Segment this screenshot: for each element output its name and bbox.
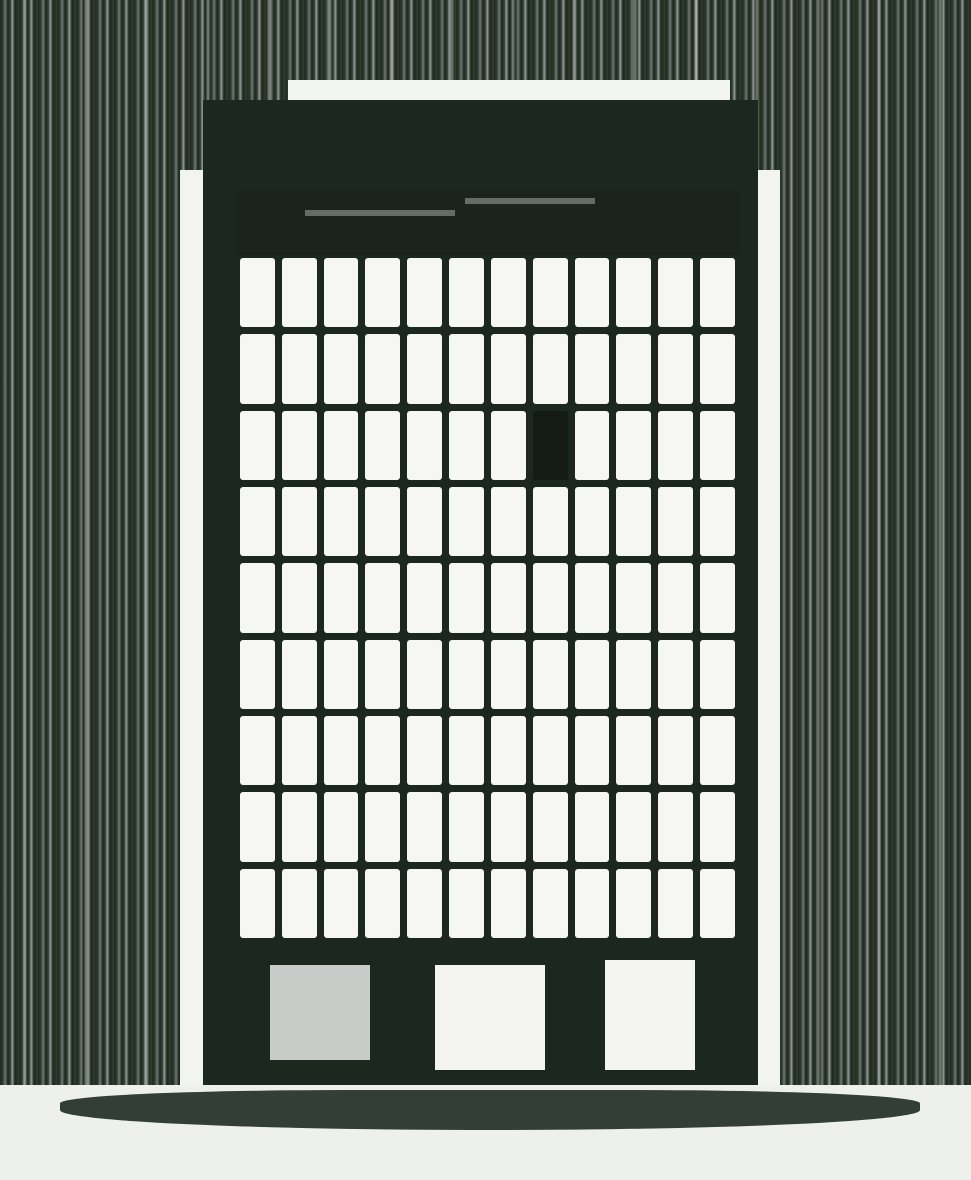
window <box>282 258 317 327</box>
window <box>575 411 610 480</box>
window <box>575 563 610 632</box>
window <box>282 411 317 480</box>
window <box>491 640 526 709</box>
window <box>407 487 442 556</box>
window <box>365 869 400 938</box>
ground-shadow <box>60 1090 920 1130</box>
window <box>365 640 400 709</box>
window <box>365 563 400 632</box>
window <box>449 258 484 327</box>
window <box>282 716 317 785</box>
window <box>658 334 693 403</box>
window <box>616 411 651 480</box>
window <box>658 792 693 861</box>
window <box>240 716 275 785</box>
window <box>407 716 442 785</box>
window <box>700 563 735 632</box>
window <box>616 334 651 403</box>
window <box>491 334 526 403</box>
window <box>407 792 442 861</box>
window <box>575 716 610 785</box>
building-cornice <box>235 190 740 255</box>
window <box>700 869 735 938</box>
window <box>491 716 526 785</box>
window <box>700 640 735 709</box>
window <box>240 334 275 403</box>
window <box>616 869 651 938</box>
window <box>491 869 526 938</box>
cornice-highlight <box>465 198 595 204</box>
window <box>616 258 651 327</box>
window <box>240 640 275 709</box>
window <box>616 640 651 709</box>
window <box>324 411 359 480</box>
window <box>533 487 568 556</box>
window <box>491 563 526 632</box>
storefront-door <box>435 965 545 1070</box>
window <box>533 716 568 785</box>
window <box>324 487 359 556</box>
window <box>575 334 610 403</box>
window <box>407 563 442 632</box>
window <box>491 258 526 327</box>
window <box>282 869 317 938</box>
window <box>449 869 484 938</box>
window <box>491 792 526 861</box>
window <box>491 411 526 480</box>
window <box>365 258 400 327</box>
window <box>616 487 651 556</box>
window <box>324 640 359 709</box>
window <box>365 716 400 785</box>
window-grid <box>240 258 735 938</box>
cornice-highlight <box>305 210 455 216</box>
window <box>700 258 735 327</box>
window <box>575 792 610 861</box>
window <box>533 334 568 403</box>
window <box>282 792 317 861</box>
window <box>700 411 735 480</box>
building-top-block <box>300 100 715 190</box>
window <box>658 716 693 785</box>
storefront-left-pane <box>270 965 370 1060</box>
window <box>700 487 735 556</box>
window <box>240 258 275 327</box>
window <box>616 792 651 861</box>
window <box>658 258 693 327</box>
window <box>324 792 359 861</box>
window <box>282 334 317 403</box>
window <box>407 869 442 938</box>
storefront-right-pane <box>605 960 695 1070</box>
window <box>533 411 568 480</box>
window <box>407 258 442 327</box>
window <box>240 869 275 938</box>
window <box>240 563 275 632</box>
window <box>282 487 317 556</box>
window <box>575 258 610 327</box>
window <box>533 563 568 632</box>
window <box>365 411 400 480</box>
window <box>700 716 735 785</box>
window <box>575 487 610 556</box>
window <box>324 716 359 785</box>
window <box>407 411 442 480</box>
window <box>282 563 317 632</box>
window <box>533 792 568 861</box>
window <box>407 640 442 709</box>
window <box>449 563 484 632</box>
window <box>449 716 484 785</box>
window <box>240 411 275 480</box>
window <box>449 487 484 556</box>
window <box>324 258 359 327</box>
window <box>449 640 484 709</box>
window <box>407 334 442 403</box>
window <box>533 869 568 938</box>
window <box>324 869 359 938</box>
window <box>365 487 400 556</box>
window <box>491 487 526 556</box>
storefront <box>260 945 730 1075</box>
window <box>700 334 735 403</box>
window <box>449 792 484 861</box>
window <box>658 487 693 556</box>
window <box>240 487 275 556</box>
window <box>240 792 275 861</box>
window <box>533 258 568 327</box>
window <box>700 792 735 861</box>
window <box>616 716 651 785</box>
window <box>533 640 568 709</box>
window <box>324 563 359 632</box>
window <box>575 869 610 938</box>
window <box>449 334 484 403</box>
window <box>658 640 693 709</box>
window <box>282 640 317 709</box>
window <box>575 640 610 709</box>
window <box>449 411 484 480</box>
window <box>658 869 693 938</box>
window <box>365 334 400 403</box>
window <box>324 334 359 403</box>
window <box>658 563 693 632</box>
window <box>658 411 693 480</box>
window <box>365 792 400 861</box>
window <box>616 563 651 632</box>
